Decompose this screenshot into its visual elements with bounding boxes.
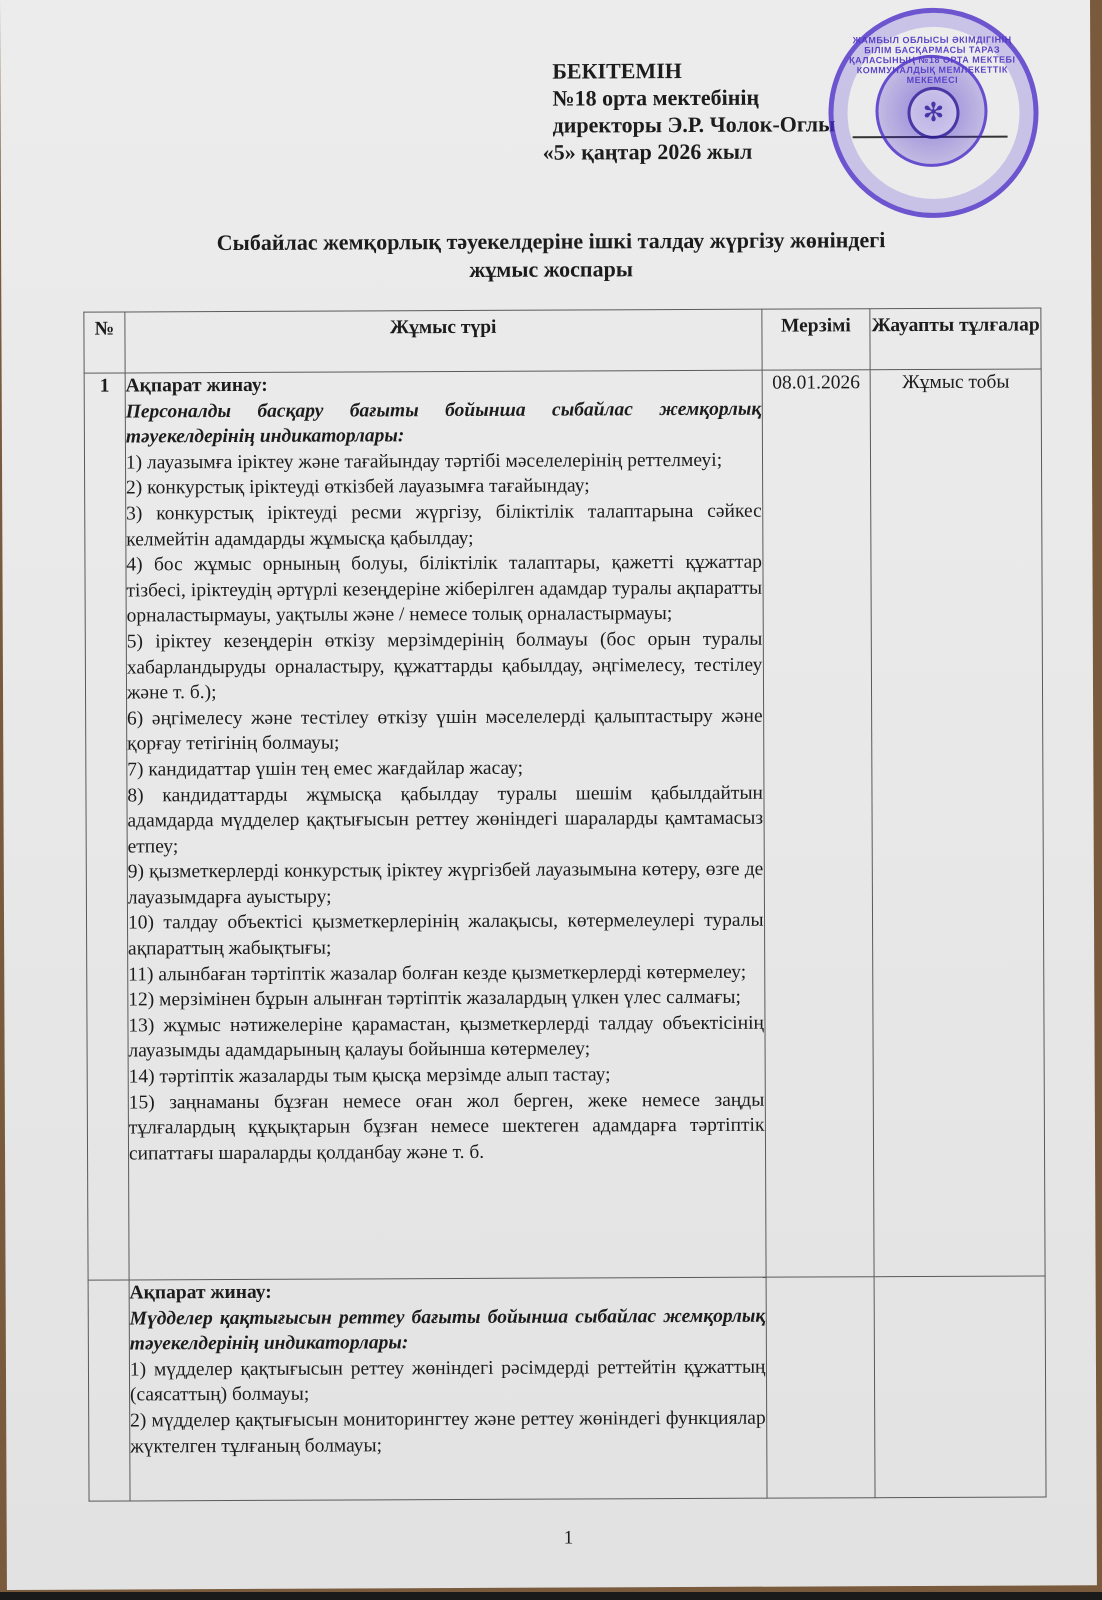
header-responsible: Жауапты тұлғалар — [870, 308, 1041, 370]
row-label: Ақпарат жинау: — [129, 1278, 765, 1306]
indicator-list: 1) лауазымға іріктеу және тағайындау тәр… — [126, 447, 765, 1166]
official-stamp: ЖАМБЫЛ ОБЛЫСЫ ӘКІМДІГІНІҢ БІЛІМ БАСҚАРМА… — [828, 7, 1039, 218]
approval-heading: БЕКІТЕМІН — [552, 56, 835, 84]
state-emblem-icon: ✻ — [907, 87, 959, 139]
table-row: 1 Ақпарат жинау: Персоналды басқару бағы… — [84, 369, 1045, 1280]
approval-school: №18 орта мектебінің — [552, 83, 835, 111]
row-work-description: Ақпарат жинау: Мүдделер қақтығысын ретте… — [129, 1277, 767, 1501]
document-page: БЕКІТЕМІН №18 орта мектебінің директоры … — [0, 0, 1097, 1590]
row-number — [88, 1280, 130, 1501]
document-title: Сыбайлас жемқорлық тәуекелдеріне ішкі та… — [141, 226, 961, 286]
header-deadline: Мерзімі — [761, 309, 870, 370]
page-edge-shadow — [0, 1592, 1102, 1600]
page-number: 1 — [564, 1528, 574, 1550]
indicator-item: 12) мерзімінен бұрын алынған тәртіптік ж… — [128, 985, 764, 1013]
indicator-item: 5) іріктеу кезеңдерін өткізу мерзімдерін… — [127, 627, 763, 707]
indicator-item: 2) конкурстық іріктеуді өткізбей лауазым… — [126, 473, 762, 501]
table-header-row: № Жұмыс түрі Мерзімі Жауапты тұлғалар — [84, 308, 1041, 373]
row-number: 1 — [84, 373, 129, 1280]
approval-director: директоры Э.Р. Чолок-Оглы — [552, 110, 835, 138]
header-number: № — [84, 312, 125, 373]
work-plan-table: № Жұмыс түрі Мерзімі Жауапты тұлғалар 1 … — [83, 307, 1046, 1501]
approval-date: «5» қаңтар 2026 жыл — [543, 137, 836, 165]
indicator-list: 1) мүдделер қақтығысын реттеу жөніндегі … — [130, 1354, 766, 1459]
row-subheading: Мүдделер қақтығысын реттеу бағыты бойынш… — [130, 1303, 766, 1357]
row-deadline: 08.01.2026 — [762, 370, 875, 1277]
indicator-item: 14) тәртіптік жазаларды тым қысқа мерзім… — [129, 1062, 765, 1090]
table-row: Ақпарат жинау: Мүдделер қақтығысын ретте… — [88, 1276, 1046, 1501]
indicator-item: 6) әңгімелесу және тестілеу өткізу үшін … — [127, 703, 763, 757]
indicator-item: 4) бос жұмыс орнының болуы, біліктілік т… — [126, 550, 762, 630]
title-line-2: жұмыс жоспары — [141, 254, 961, 286]
row-work-description: Ақпарат жинау: Персоналды басқару бағыты… — [125, 370, 766, 1280]
indicator-item: 8) кандидаттарды жұмысқа қабылдау туралы… — [127, 780, 763, 860]
row-responsible — [874, 1276, 1046, 1498]
row-label: Ақпарат жинау: — [126, 371, 762, 399]
approval-block: БЕКІТЕМІН №18 орта мектебінің директоры … — [552, 56, 835, 165]
header-work-type: Жұмыс түрі — [125, 309, 762, 373]
indicator-item: 10) талдау объектісі қызметкерлерінің жа… — [128, 908, 764, 962]
indicator-item: 15) заңнаманы бұзған немесе оған жол бер… — [129, 1087, 765, 1167]
indicator-item: 9) қызметкерлерді конкурстық іріктеу жүр… — [128, 857, 764, 911]
indicator-item: 2) мүдделер қақтығысын мониторингтеу жән… — [130, 1406, 766, 1460]
row-deadline — [766, 1277, 876, 1498]
title-line-1: Сыбайлас жемқорлық тәуекелдеріне ішкі та… — [141, 226, 961, 258]
row-responsible: Жұмыс тобы — [871, 369, 1046, 1277]
indicator-item: 1) мүдделер қақтығысын реттеу жөніндегі … — [130, 1354, 766, 1408]
row-subheading: Персоналды басқару бағыты бойынша сыбайл… — [126, 396, 762, 450]
indicator-item: 11) алынбаған тәртіптік жазалар болған к… — [128, 959, 764, 987]
indicator-item: 13) жұмыс нәтижелеріне қарамастан, қызме… — [128, 1011, 764, 1065]
indicator-item: 7) кандидаттар үшін тең емес жағдайлар ж… — [127, 755, 763, 783]
indicator-item: 1) лауазымға іріктеу және тағайындау тәр… — [126, 447, 762, 475]
indicator-item: 3) конкурстық іріктеуді ресми жүргізу, б… — [126, 499, 762, 553]
